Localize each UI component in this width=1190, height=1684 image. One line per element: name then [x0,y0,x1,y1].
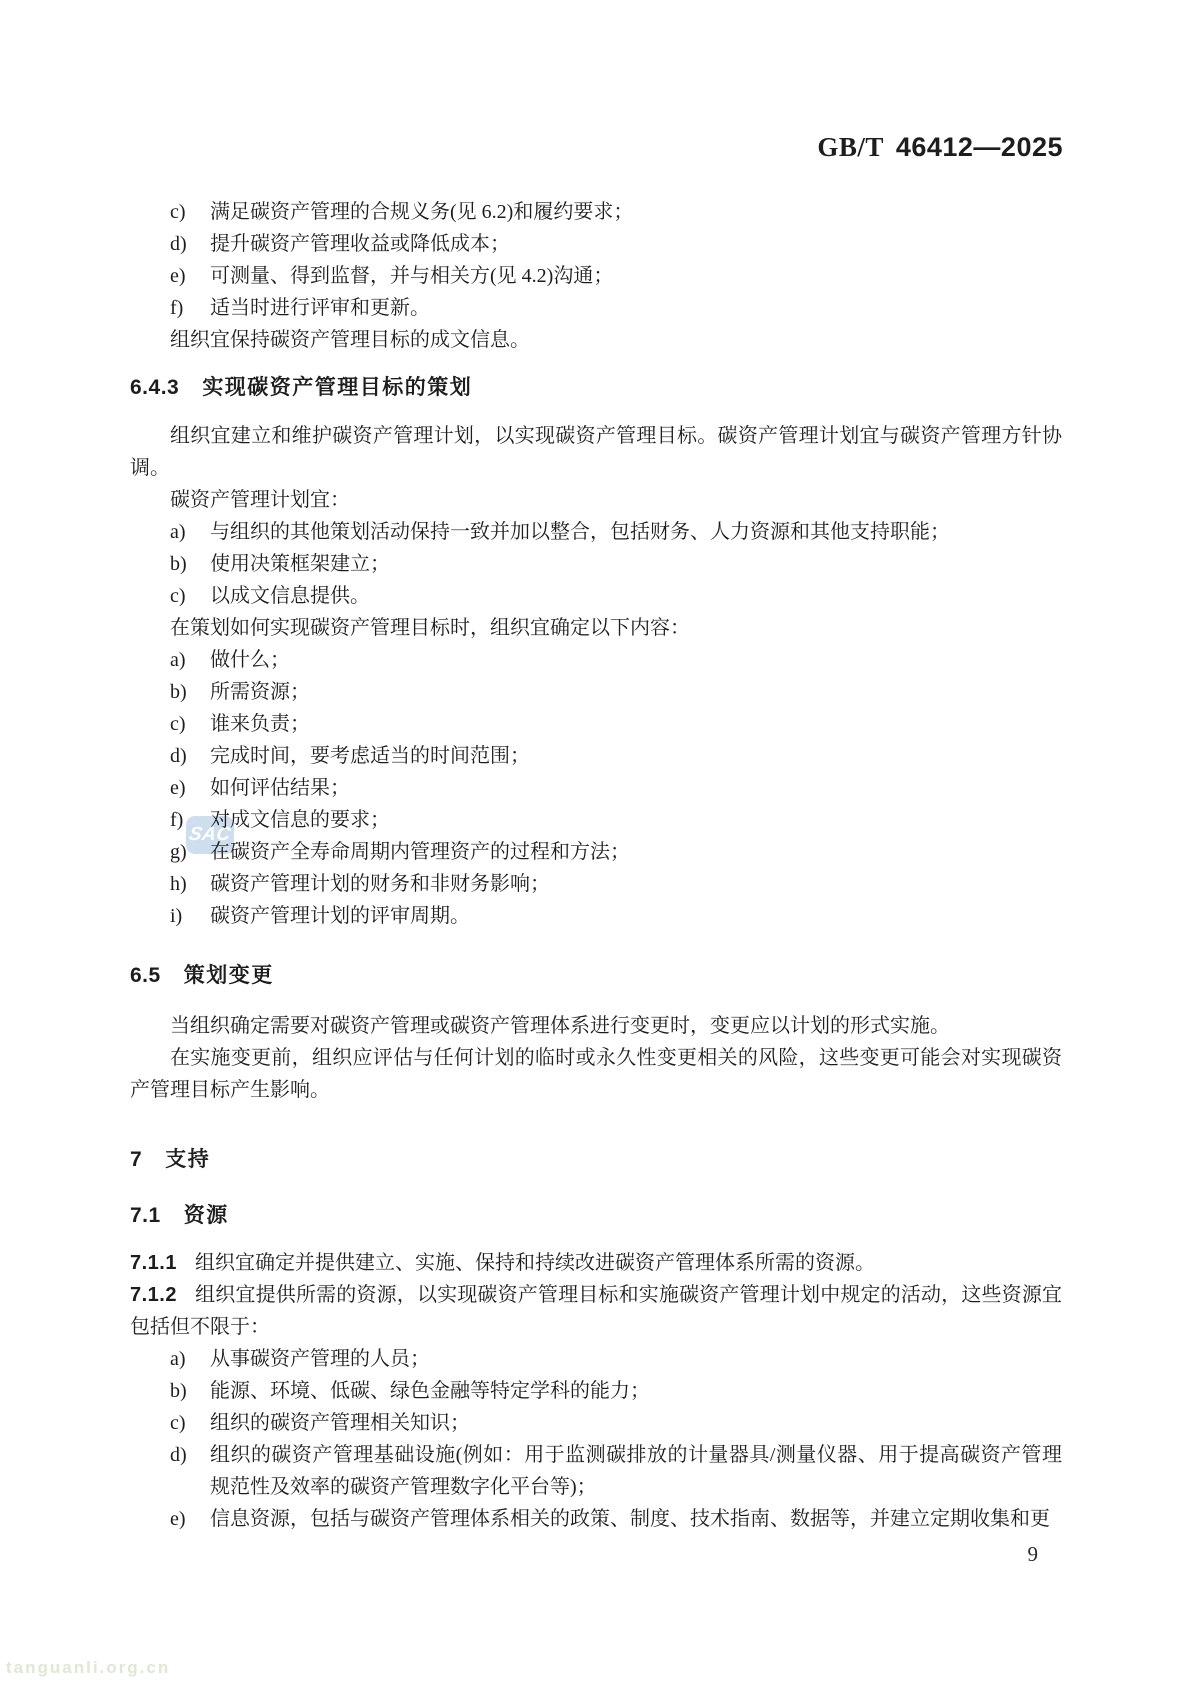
list-text: 对成文信息的要求； [210,804,1062,836]
clause-number: 6.5 [130,964,161,987]
standard-designation: GB/T46412—2025 [0,132,1063,163]
clause-heading-6-4-3: 6.4.3实现碳资产管理目标的策划 [130,372,1062,404]
clause-title: 支持 [165,1148,210,1171]
clause-heading-7-1: 7.1资源 [130,1200,1062,1232]
document-page: GB/T46412—2025 SAC c) 满足碳资产管理的合规义务(见 6.2… [0,0,1190,1684]
list-text: 能源、环境、低碳、绿色金融等特定学科的能力； [210,1375,1062,1407]
list-marker: c) [170,1407,210,1439]
subclause-number: 7.1.2 [130,1284,177,1306]
list-text: 在碳资产全寿命周期内管理资产的过程和方法； [210,836,1062,868]
clause-heading-6-5: 6.5策划变更 [130,960,1062,992]
list-item: c) 组织的碳资产管理相关知识； [130,1407,1062,1439]
numbered-paragraph: 7.1.2组织宜提供所需的资源，以实现碳资产管理目标和实施碳资产管理计划中规定的… [130,1279,1062,1343]
list-text: 信息资源，包括与碳资产管理体系相关的政策、制度、技术指南、数据等，并建立定期收集… [210,1503,1062,1535]
list-marker: c) [170,708,210,740]
list-text: 所需资源； [210,676,1062,708]
list-item: f) 对成文信息的要求； [130,804,1062,836]
list-item: c) 以成文信息提供。 [130,580,1062,612]
list-item: e) 如何评估结果； [130,772,1062,804]
list-marker: a) [170,1343,210,1375]
list-item: d) 组织的碳资产管理基础设施(例如：用于监测碳排放的计量器具/测量仪器、用于提… [130,1439,1062,1503]
list-marker: e) [170,1503,210,1535]
paragraph: 组织宜建立和维护碳资产管理计划，以实现碳资产管理目标。碳资产管理计划宜与碳资产管… [130,420,1062,484]
list-text: 谁来负责； [210,708,1062,740]
list-marker: g) [170,836,210,868]
list-text: 使用决策框架建立； [210,548,1062,580]
list-marker: a) [170,516,210,548]
list-item: d) 完成时间，要考虑适当的时间范围； [130,740,1062,772]
list-item: c) 谁来负责； [130,708,1062,740]
clause-title: 策划变更 [184,964,274,987]
list-text: 完成时间，要考虑适当的时间范围； [210,740,1062,772]
subclause-text: 组织宜提供所需的资源，以实现碳资产管理目标和实施碳资产管理计划中规定的活动，这些… [130,1284,1062,1338]
list-item: c) 满足碳资产管理的合规义务(见 6.2)和履约要求； [130,196,1062,228]
list-marker: b) [170,1375,210,1407]
standard-number: 46412—2025 [896,132,1063,162]
list-marker: i) [170,900,210,932]
list-text: 组织的碳资产管理基础设施(例如：用于监测碳排放的计量器具/测量仪器、用于提高碳资… [210,1439,1062,1503]
clause-title: 实现碳资产管理目标的策划 [202,376,472,399]
list-item: a) 与组织的其他策划活动保持一致并加以整合，包括财务、人力资源和其他支持职能； [130,516,1062,548]
list-text: 适当时进行评审和更新。 [210,292,1062,324]
list-item: d) 提升碳资产管理收益或降低成本； [130,228,1062,260]
clause-number: 6.4.3 [130,376,179,399]
site-watermark: tanguanli.org.cn [6,1658,170,1678]
list-item: f) 适当时进行评审和更新。 [130,292,1062,324]
list-marker: c) [170,580,210,612]
list-item: b) 能源、环境、低碳、绿色金融等特定学科的能力； [130,1375,1062,1407]
paragraph: 碳资产管理计划宜： [130,484,1062,516]
list-item: h) 碳资产管理计划的财务和非财务影响； [130,868,1062,900]
list-item: b) 使用决策框架建立； [130,548,1062,580]
list-marker: a) [170,644,210,676]
list-marker: h) [170,868,210,900]
list-marker: e) [170,260,210,292]
list-text: 满足碳资产管理的合规义务(见 6.2)和履约要求； [210,196,1062,228]
subclause-text: 组织宜确定并提供建立、实施、保持和持续改进碳资产管理体系所需的资源。 [195,1252,875,1274]
list-text: 以成文信息提供。 [210,580,1062,612]
numbered-paragraph: 7.1.1组织宜确定并提供建立、实施、保持和持续改进碳资产管理体系所需的资源。 [130,1247,1062,1279]
list-marker: b) [170,548,210,580]
list-text: 提升碳资产管理收益或降低成本； [210,228,1062,260]
clause-number: 7 [130,1148,142,1171]
list-text: 从事碳资产管理的人员； [210,1343,1062,1375]
list-marker: b) [170,676,210,708]
list-marker: d) [170,228,210,260]
list-item: e) 可测量、得到监督，并与相关方(见 4.2)沟通； [130,260,1062,292]
list-marker: c) [170,196,210,228]
standard-prefix: GB/T [817,132,884,162]
list-text: 组织的碳资产管理相关知识； [210,1407,1062,1439]
list-marker: d) [170,740,210,772]
list-marker: e) [170,772,210,804]
list-text: 与组织的其他策划活动保持一致并加以整合，包括财务、人力资源和其他支持职能； [210,516,1062,548]
list-marker: d) [170,1439,210,1503]
list-text: 碳资产管理计划的财务和非财务影响； [210,868,1062,900]
list-marker: f) [170,292,210,324]
paragraph: 当组织确定需要对碳资产管理或碳资产管理体系进行变更时，变更应以计划的形式实施。 [130,1010,1062,1042]
paragraph: 在策划如何实现碳资产管理目标时，组织宜确定以下内容： [130,612,1062,644]
list-item: g) 在碳资产全寿命周期内管理资产的过程和方法； [130,836,1062,868]
paragraph: 在实施变更前，组织应评估与任何计划的临时或永久性变更相关的风险，这些变更可能会对… [130,1042,1062,1106]
clause-title: 资源 [184,1204,229,1227]
list-item: i) 碳资产管理计划的评审周期。 [130,900,1062,932]
list-item: e) 信息资源，包括与碳资产管理体系相关的政策、制度、技术指南、数据等，并建立定… [130,1503,1062,1535]
list-text: 做什么； [210,644,1062,676]
list-item: b) 所需资源； [130,676,1062,708]
list-text: 碳资产管理计划的评审周期。 [210,900,1062,932]
list-item: a) 从事碳资产管理的人员； [130,1343,1062,1375]
list-item: a) 做什么； [130,644,1062,676]
list-marker: f) [170,804,210,836]
clause-number: 7.1 [130,1204,161,1227]
document-body: c) 满足碳资产管理的合规义务(见 6.2)和履约要求； d) 提升碳资产管理收… [130,196,1062,1535]
paragraph: 组织宜保持碳资产管理目标的成文信息。 [130,324,1062,356]
clause-heading-7: 7支持 [130,1144,1062,1176]
subclause-number: 7.1.1 [130,1252,177,1274]
list-text: 如何评估结果； [210,772,1062,804]
page-number: 9 [1028,1542,1039,1567]
list-text: 可测量、得到监督，并与相关方(见 4.2)沟通； [210,260,1062,292]
